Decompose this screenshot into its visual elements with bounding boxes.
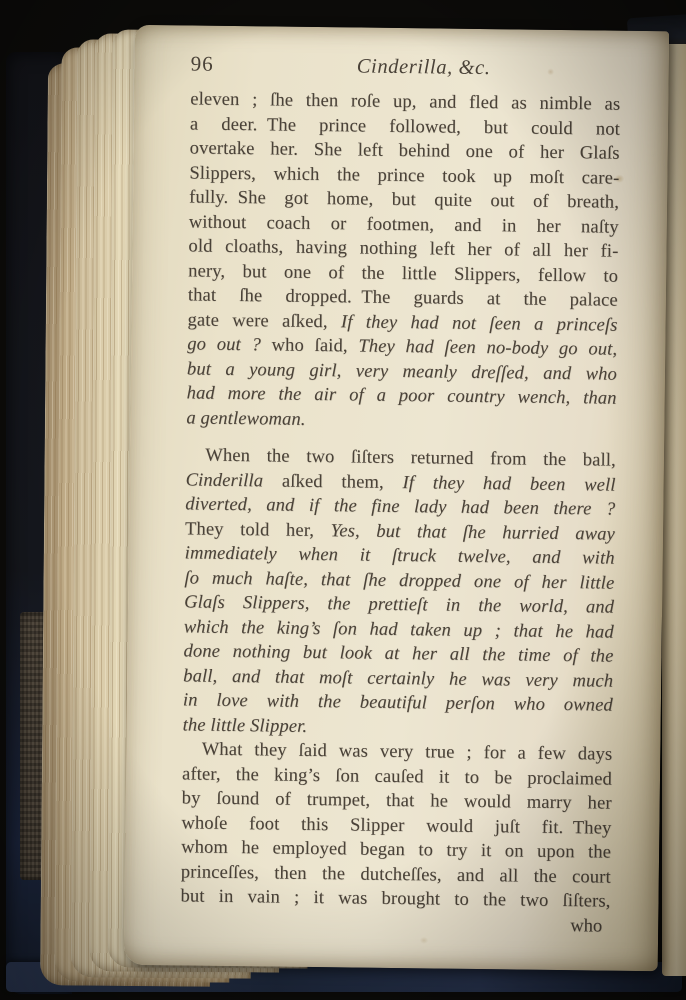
paragraph: What they ſaid was very true ; for a few… — [180, 737, 612, 914]
text-column: eleven ; ſhe then roſe up, and fled as n… — [180, 87, 620, 938]
page-number: 96 — [191, 51, 253, 77]
running-title: Cinderilla, &c. — [253, 54, 621, 81]
book-photograph: 96 Cinderilla, &c. eleven ; ſhe then roſ… — [0, 0, 686, 1000]
paragraph: When the two ſiſters returned from the b… — [182, 443, 616, 742]
page-header: 96 Cinderilla, &c. — [191, 51, 621, 84]
catchword: who — [570, 916, 602, 936]
page-text-body: eleven ; ſhe then roſe up, and fled as n… — [180, 87, 620, 914]
text-line: but in vain ; it was brought to the two … — [180, 884, 610, 914]
book-page: 96 Cinderilla, &c. eleven ; ſhe then roſ… — [124, 25, 669, 971]
paragraph: eleven ; ſhe then roſe up, and fled as n… — [186, 87, 620, 435]
